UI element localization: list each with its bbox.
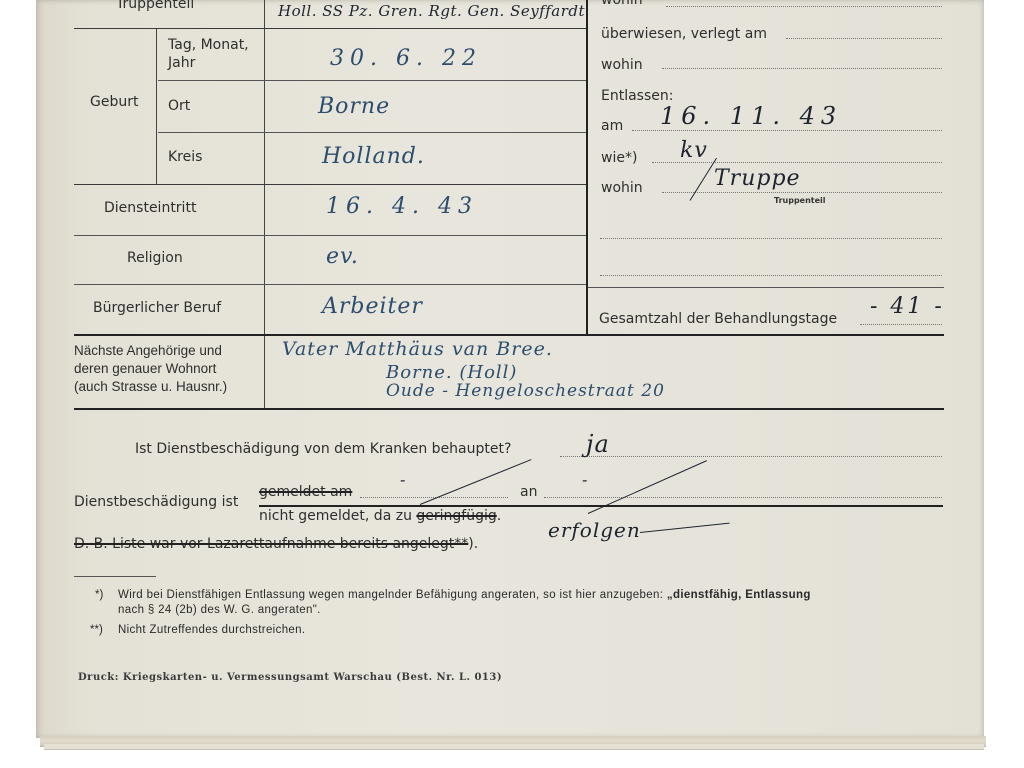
footnote-2-mark: **) xyxy=(90,624,103,636)
db-option1-am-value: - xyxy=(400,470,406,489)
section-line xyxy=(74,408,944,410)
wohin-top-label: wohin xyxy=(601,0,643,8)
db-option2: nicht gemeldet, da zu geringfügig. xyxy=(259,508,501,524)
row-line xyxy=(158,80,586,81)
column-divider-angehoerige xyxy=(264,336,265,408)
footnote-2-text: Nicht Zutreffendes durchstreichen. xyxy=(118,624,305,636)
geburt-ort-label: Ort xyxy=(168,98,190,114)
footnote-1-bold: „dienstfähig, Entlassung xyxy=(667,589,811,601)
row-line xyxy=(74,235,586,236)
blank-line-1[interactable] xyxy=(600,238,942,239)
geburt-date-label-line1: Tag, Monat, xyxy=(168,36,249,54)
column-divider-geburt xyxy=(156,28,157,184)
geburt-date-label: Tag, Monat, Jahr xyxy=(168,36,249,72)
angehoerige-value-line2: Borne. (Holl) xyxy=(386,362,517,383)
ueberwiesen-label: überwiesen, verlegt am xyxy=(601,26,767,42)
db-option2-prefix: nicht gemeldet, da zu xyxy=(259,508,416,524)
truppenteil-sublabel: Truppenteil xyxy=(774,196,826,205)
db-option1-an-value: - xyxy=(582,470,588,489)
wohin-top-line[interactable] xyxy=(666,6,942,7)
db-option1-struck: gemeldet am xyxy=(259,484,352,500)
db-label: Dienstbeschädigung ist xyxy=(74,494,238,510)
geburt-ort-value: Borne xyxy=(318,94,390,119)
entlassen-wohin-value: Truppe xyxy=(714,166,801,191)
entlassen-am-value: 16. 11. 43 xyxy=(660,102,842,130)
angehoerige-label: Nächste Angehörige und deren genauer Woh… xyxy=(74,342,227,396)
entlassen-am-line[interactable] xyxy=(632,130,942,131)
paper-edge-lower xyxy=(44,744,984,750)
row-line xyxy=(74,28,586,29)
beruf-value: Arbeiter xyxy=(322,294,423,319)
row-line xyxy=(588,287,944,288)
geburt-label: Geburt xyxy=(90,94,138,110)
angehoerige-label-line2: deren genauer Wohnort xyxy=(74,360,227,378)
db-list-suffix: ). xyxy=(468,536,478,552)
religion-value: ev. xyxy=(326,244,359,269)
entlassen-wohin-line[interactable] xyxy=(662,192,942,193)
behandlungstage-value: - 41 - xyxy=(870,294,945,319)
entlassen-wie-value: kv xyxy=(680,138,708,163)
geburt-date-label-line2: Jahr xyxy=(168,54,249,72)
db-option2-suffix: . xyxy=(497,508,501,524)
wohin-2-label: wohin xyxy=(601,57,643,73)
row-line xyxy=(74,284,586,285)
geburt-date-value: 30. 6. 22 xyxy=(330,46,482,71)
beruf-label: Bürgerlicher Beruf xyxy=(93,300,221,316)
entlassen-am-label: am xyxy=(601,118,623,134)
diensteintritt-label: Diensteintritt xyxy=(104,200,196,216)
wohin-2-line[interactable] xyxy=(662,68,942,69)
footnote-1-line2: nach § 24 (2b) des W. G. angeraten". xyxy=(118,604,321,616)
truppenteil-label: Truppenteil xyxy=(116,0,194,12)
db-question: Ist Dienstbeschädigung von dem Kranken b… xyxy=(135,441,511,457)
row-line xyxy=(158,132,586,133)
db-answer: ja xyxy=(586,430,610,458)
angehoerige-value-line1: Vater Matthäus van Bree. xyxy=(282,338,553,360)
column-divider-values xyxy=(264,0,265,336)
geburt-kreis-label: Kreis xyxy=(168,149,202,165)
angehoerige-value-line3: Oude - Hengeloschestraat 20 xyxy=(386,381,665,401)
angehoerige-label-line3: (auch Strasse u. Hausnr.) xyxy=(74,378,227,396)
section-line xyxy=(74,334,944,336)
footnote-rule xyxy=(74,576,156,577)
ueberwiesen-line[interactable] xyxy=(786,38,942,39)
db-question-line[interactable] xyxy=(560,456,942,457)
footnote-1-mark: *) xyxy=(95,589,103,601)
printer-imprint: Druck: Kriegskarten- u. Vermessungsamt W… xyxy=(78,672,502,683)
column-divider-main xyxy=(586,0,588,336)
entlassen-wohin-label: wohin xyxy=(601,180,643,196)
db-list: D. B. Liste war vor Lazarettaufnahme ber… xyxy=(74,536,478,552)
db-option2-struck: geringfügig xyxy=(416,508,496,524)
diensteintritt-value: 16. 4. 43 xyxy=(326,194,478,219)
db-list-struck: D. B. Liste war vor Lazarettaufnahme ber… xyxy=(74,536,468,552)
db-option1-an-line[interactable] xyxy=(544,497,942,498)
behandlungstage-label: Gesamtzahl der Behandlungstage xyxy=(599,311,837,327)
footnote-1-line1: Wird bei Dienstfähigen Entlassung wegen … xyxy=(118,589,811,601)
db-option1-an-label: an xyxy=(520,484,537,500)
angehoerige-label-line1: Nächste Angehörige und xyxy=(74,342,227,360)
row-line xyxy=(74,184,586,185)
truppenteil-value: Holl. SS Pz. Gren. Rgt. Gen. Seyffardt xyxy=(278,2,585,20)
entlassen-wie-label: wie*) xyxy=(601,150,637,166)
db-list-note: erfolgen xyxy=(548,518,641,542)
behandlungstage-line[interactable] xyxy=(860,324,942,325)
religion-label: Religion xyxy=(127,250,183,266)
blank-line-2[interactable] xyxy=(600,275,942,276)
geburt-kreis-value: Holland. xyxy=(322,144,425,169)
footnote-1-plain: Wird bei Dienstfähigen Entlassung wegen … xyxy=(118,589,663,601)
